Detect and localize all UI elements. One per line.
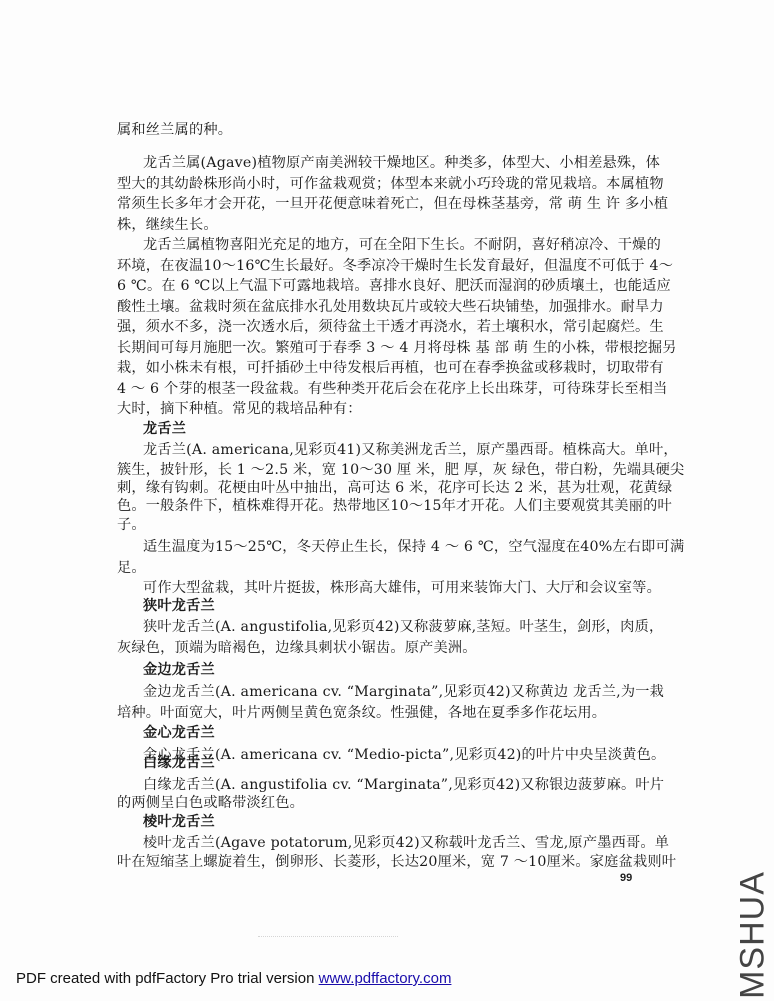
text-line: 的两侧呈白色或略带淡红色。 — [117, 793, 648, 813]
text-line: 常须生长多年才会开花，一旦开花便意味着死亡，但在母株茎基旁，常 萌 生 许 多小… — [117, 194, 648, 214]
watermark-text: MSHUA — [734, 871, 773, 999]
section-heading: 龙舌兰 — [143, 419, 648, 439]
text-line: 龙舌兰(A. americana,见彩页41)又称美洲龙舌兰，原产墨西哥。植株高… — [143, 440, 648, 460]
page-number: 99 — [620, 872, 632, 884]
section-heading: 金心龙舌兰 — [143, 723, 648, 743]
text-line: 酸性土壤。盆栽时须在盆底排水孔处用数块瓦片或较大些石块铺垫，加强排水。耐旱力 — [117, 297, 648, 317]
text-line: 叶在短缩茎上螺旋着生，倒卵形、长菱形，长达20厘米，宽 7 ～10厘米。家庭盆栽… — [117, 852, 648, 872]
text-line: 龙舌兰属(Agave)植物原产南美洲较干燥地区。种类多，体型大、小相差悬殊，体 — [143, 153, 648, 173]
text-line: 棱叶龙舌兰(Agave potatorum,见彩页42)又称载叶龙舌兰、雪龙,原… — [143, 833, 648, 853]
pdf-footer: PDF created with pdfFactory Pro trial ve… — [16, 970, 451, 987]
footer-link[interactable]: www.pdffactory.com — [319, 970, 452, 987]
text-line: 白缘龙舌兰(A. angustifolia cv. “Marginata”,见彩… — [143, 775, 648, 795]
text-line: 大时，摘下种植。常见的栽培品种有： — [117, 399, 648, 419]
watermark: MSHUA — [728, 880, 774, 990]
footer-text: PDF created with pdfFactory Pro trial ve… — [16, 970, 319, 987]
text-line: 适生温度为15～25℃，冬天停止生长，保持 4 ～ 6 ℃，空气湿度在40%左右… — [143, 537, 648, 557]
text-line: 足。 — [117, 558, 648, 578]
text-line: 可作大型盆栽，其叶片挺拔，株形高大雄伟，可用来装饰大门、大厅和会议室等。 — [143, 578, 648, 598]
text-line: 强，须水不多，浇一次透水后，须待盆土干透才再浇水，若土壤积水，常引起腐烂。生 — [117, 317, 648, 337]
text-line: 环境，在夜温10～16℃生长最好。冬季凉冷干燥时生长发育最好，但温度不可低于 4… — [117, 256, 648, 276]
section-heading: 狭叶龙舌兰 — [143, 596, 648, 616]
section-heading: 棱叶龙舌兰 — [143, 812, 648, 832]
section-heading: 金边龙舌兰 — [143, 660, 648, 680]
text-line: 6 ℃。在 6 ℃以上气温下可露地栽培。喜排水良好、肥沃而湿润的砂质壤土，也能适… — [117, 276, 648, 296]
section-heading: 白缘龙舌兰 — [143, 753, 648, 773]
text-line: 栽，如小株未有根，可扦插砂土中待发根后再植，也可在春季换盆或移栽时，切取带有 — [117, 358, 648, 378]
text-line: 簇生，披针形，长 1 ～2.5 米，宽 10～30 厘 米，肥 厚，灰 绿色，带… — [117, 460, 648, 480]
text-line: 长期间可每月施肥一次。繁殖可于春季 3 ～ 4 月将母株 基 部 萌 生的小株，… — [117, 338, 648, 358]
text-line: 狭叶龙舌兰(A. angustifolia,见彩页42)又称菠萝麻,茎短。叶茎生… — [143, 617, 648, 637]
text-line: 灰绿色，顶端为暗褐色，边缘具刺状小锯齿。原产美洲。 — [117, 638, 648, 658]
document-page: 属和丝兰属的种。龙舌兰属(Agave)植物原产南美洲较干燥地区。种类多，体型大、… — [0, 0, 774, 1001]
text-line: 色。一般条件下，植株难得开花。热带地区10～15年才开花。人们主要观赏其美丽的叶 — [117, 496, 648, 516]
text-line: 培种。叶面宽大，叶片两侧呈黄色宽条纹。性强健，各地在夏季多作花坛用。 — [117, 703, 648, 723]
scan-artifact — [258, 936, 398, 941]
text-line: 刺，缘有钩刺。花梗由叶丛中抽出，高可达 6 米，花序可长达 2 米，甚为壮观，花… — [117, 478, 648, 498]
text-line: 属和丝兰属的种。 — [117, 120, 648, 140]
text-line: 子。 — [117, 515, 648, 535]
text-line: 4 ～ 6 个芽的根茎一段盆栽。有些种类开花后会在花序上长出珠芽，可待珠芽长至相… — [117, 379, 648, 399]
text-line: 株，继续生长。 — [117, 215, 648, 235]
text-line: 型大的其幼龄株形尚小时，可作盆栽观赏；体型本来就小巧玲珑的常见栽培。本属植物 — [117, 174, 648, 194]
text-line: 龙舌兰属植物喜阳光充足的地方，可在全阳下生长。不耐阴，喜好稍凉冷、干燥的 — [143, 235, 648, 255]
text-line: 金边龙舌兰(A. americana cv. “Marginata”,见彩页42… — [143, 682, 648, 702]
